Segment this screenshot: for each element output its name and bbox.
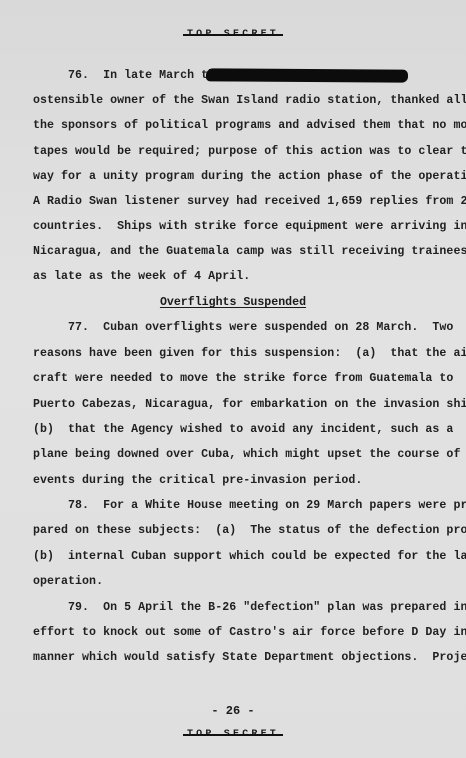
text-line: countries. Ships with strike force equip… [33,220,466,234]
text-line: the sponsors of political programs and a… [33,119,466,133]
redaction-bar [206,68,408,82]
text-line: ostensible owner of the Swan Island radi… [33,94,466,108]
document-page: TOP SECRET 76. In late March the ostensi… [0,0,466,758]
classification-label: TOP SECRET [185,729,281,740]
text-line: tapes would be required; purpose of this… [33,145,466,159]
section-heading-text: Overflights Suspended [160,296,306,309]
text-line: manner which would satisfy State Departm… [33,651,466,665]
text-line: as late as the week of 4 April. [33,270,250,284]
text-line: craft were needed to move the strike for… [33,372,453,386]
text-line: (b) internal Cuban support which could b… [33,550,466,564]
classification-marking-top: TOP SECRET [0,29,466,40]
classification-marking-bottom: TOP SECRET [0,729,466,740]
section-heading: Overflights Suspended [0,296,466,310]
text-line: events during the critical pre-invasion … [33,474,362,488]
text-line: Nicaragua, and the Guatemala camp was st… [33,245,466,259]
text-line: operation. [33,575,103,589]
text-line: reasons have been given for this suspens… [33,347,466,361]
text-line: 78. For a White House meeting on 29 Marc… [33,499,466,513]
page-number: - 26 - [0,704,466,718]
text-line: A Radio Swan listener survey had receive… [33,195,466,209]
text-line: pared on these subjects: (a) The status … [33,524,466,538]
text-line: plane being downed over Cuba, which migh… [33,448,460,462]
text-line: 77. Cuban overflights were suspended on … [33,321,453,335]
text-line: (b) that the Agency wished to avoid any … [33,423,453,437]
classification-label: TOP SECRET [185,29,281,40]
text-line: 79. On 5 April the B-26 "defection" plan… [33,601,466,615]
text-line: way for a unity program during the actio… [33,170,466,184]
text-line: Puerto Cabezas, Nicaragua, for embarkati… [33,398,466,412]
text-line: 76. In late March the [33,69,222,83]
text-line: effort to knock out some of Castro's air… [33,626,466,640]
